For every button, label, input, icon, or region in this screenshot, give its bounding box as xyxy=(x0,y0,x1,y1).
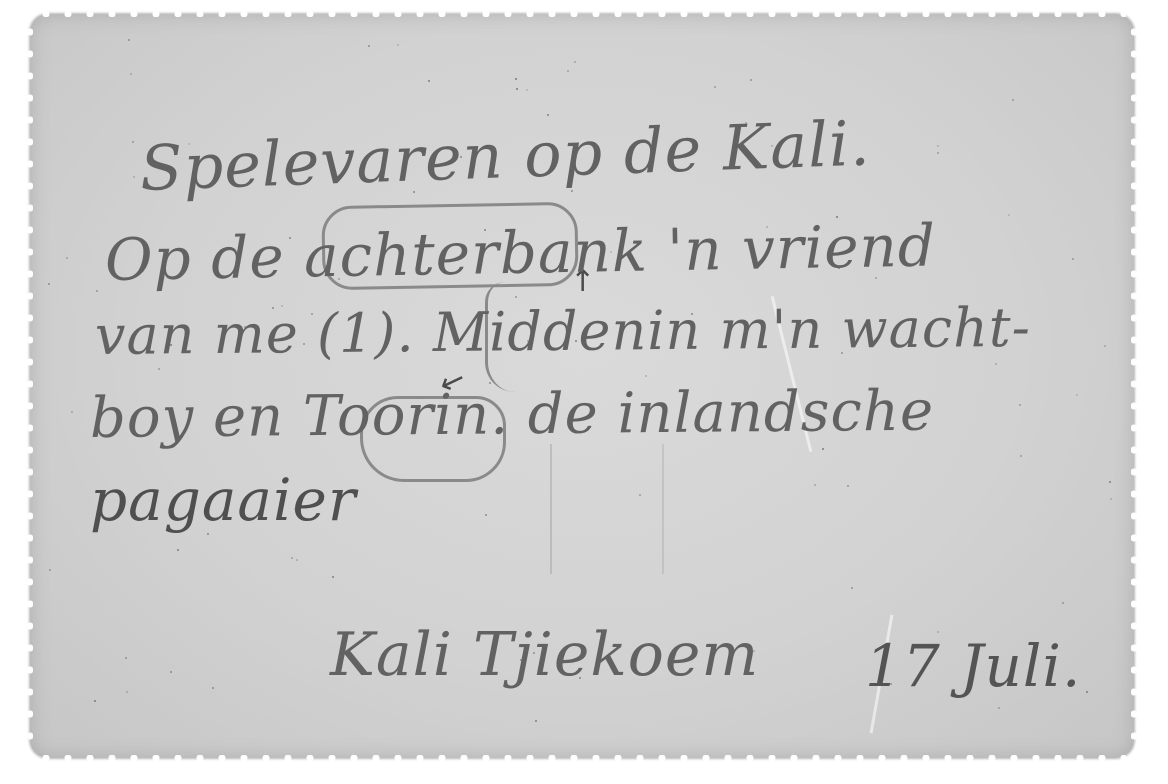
speck xyxy=(574,61,576,63)
speck xyxy=(397,44,399,46)
speck xyxy=(579,677,581,679)
speck xyxy=(296,559,298,561)
handwritten-line-2: Op de achterbank 'n vriend xyxy=(104,212,936,294)
speck xyxy=(1020,455,1022,457)
speck xyxy=(714,86,716,88)
speck xyxy=(547,114,549,116)
handwritten-line-1: Spelevaren op de Kali. xyxy=(139,107,872,205)
speck xyxy=(484,229,486,231)
speck xyxy=(851,587,853,589)
speck xyxy=(125,657,127,659)
speck xyxy=(1109,481,1111,483)
speck xyxy=(610,251,612,253)
speck xyxy=(207,533,209,535)
speck xyxy=(177,549,179,551)
speck xyxy=(49,569,51,571)
speck xyxy=(48,283,50,285)
speck xyxy=(126,691,128,693)
speck xyxy=(1012,99,1014,101)
speck xyxy=(413,191,415,193)
speck xyxy=(847,485,849,487)
speck xyxy=(937,145,939,147)
speck xyxy=(170,671,172,673)
speck xyxy=(515,78,517,80)
speck xyxy=(96,290,98,292)
faint-printed-mark xyxy=(550,444,664,574)
speck xyxy=(485,514,487,516)
signature-location: Kali Tjiekoem xyxy=(330,620,759,690)
speck xyxy=(1019,404,1021,406)
speck xyxy=(766,226,768,228)
speck xyxy=(937,152,939,154)
speck xyxy=(428,80,430,82)
speck xyxy=(212,687,214,689)
handwritten-line-4: boy en Toorin. de inlandsche xyxy=(90,379,935,451)
signature-date: 17 Juli. xyxy=(865,632,1081,700)
speck xyxy=(535,720,537,722)
speck xyxy=(1008,214,1010,216)
speck xyxy=(1062,602,1064,604)
handwritten-line-5: pagaaier xyxy=(90,466,357,534)
speck xyxy=(158,368,160,370)
photo-card-back: ↑ ↙ Spelevaren op de Kali. Op de achterb… xyxy=(30,14,1134,758)
speck xyxy=(745,122,747,124)
speck xyxy=(132,141,134,143)
speck xyxy=(814,484,816,486)
speck xyxy=(188,143,190,145)
speck xyxy=(94,700,96,702)
speck xyxy=(515,296,517,298)
speck xyxy=(130,73,132,75)
speck xyxy=(567,70,569,72)
speck xyxy=(294,508,296,510)
speck xyxy=(570,428,572,430)
speck xyxy=(281,305,283,307)
deckled-edge-right xyxy=(1131,24,1137,748)
speck xyxy=(66,257,68,259)
speck xyxy=(71,411,73,413)
speck xyxy=(875,277,877,279)
speck xyxy=(1086,691,1088,693)
speck xyxy=(133,176,135,178)
speck xyxy=(128,39,130,41)
speck xyxy=(998,707,1000,709)
speck xyxy=(1076,394,1078,396)
speck xyxy=(1072,258,1074,260)
speck xyxy=(526,89,528,91)
handwritten-line-3: van me (1). Middenin m'n wacht- xyxy=(95,296,1031,367)
speck xyxy=(533,652,535,654)
deckled-edge-left xyxy=(27,24,33,748)
speck xyxy=(1110,498,1112,500)
speck xyxy=(516,88,518,90)
speck xyxy=(289,237,291,239)
speck xyxy=(368,45,370,47)
speck xyxy=(631,262,633,264)
speck xyxy=(1104,345,1106,347)
speck xyxy=(332,576,334,578)
speck xyxy=(995,363,997,365)
speck xyxy=(291,557,293,559)
speck xyxy=(750,79,752,81)
speck xyxy=(822,448,824,450)
speck xyxy=(645,375,647,377)
